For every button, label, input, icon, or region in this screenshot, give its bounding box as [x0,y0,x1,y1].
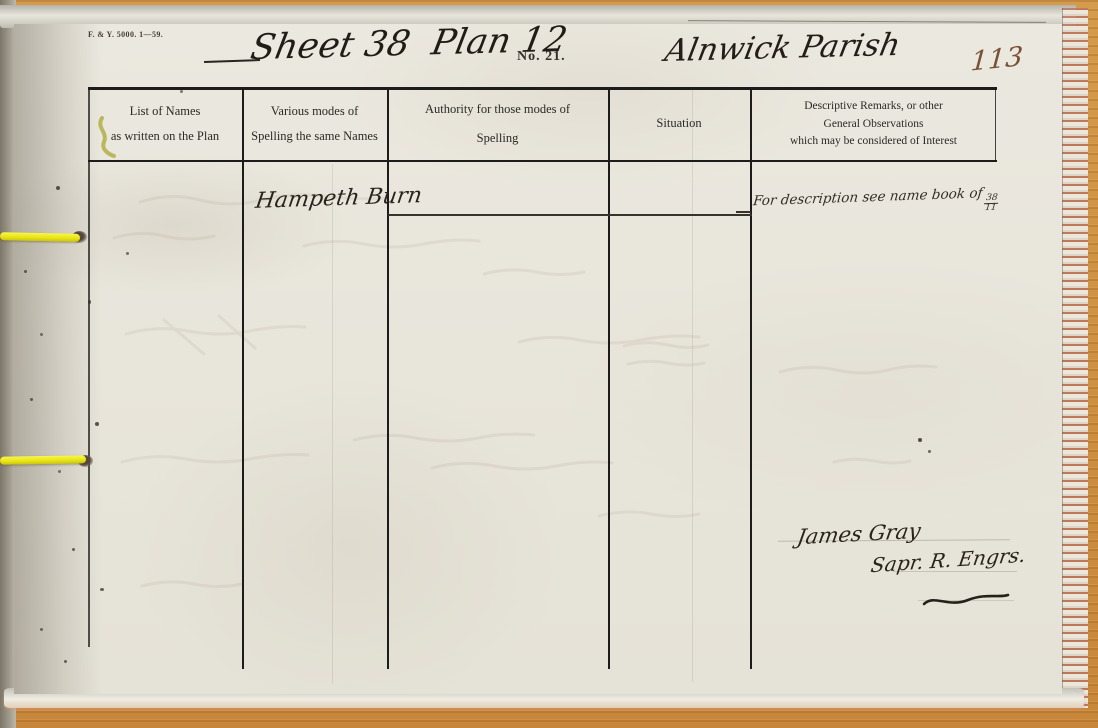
header-line: Spelling the same Names [251,130,378,144]
parish-name-handwriting: Alnwick Parish [662,27,903,69]
header-line: Authority for those modes of [425,103,570,117]
header-line: Situation [656,117,701,131]
page-number-handwriting: 113 [970,41,1024,77]
table-column-rule [387,87,389,669]
dirt-speck [100,588,104,591]
header-line: which may be considered of Interest [790,135,957,148]
column-header-situation: Situation [608,87,750,161]
form-number-label: No. 21. [517,49,566,65]
column-header-remarks: Descriptive Remarks, or other General Ob… [750,87,997,161]
binding-cord [0,232,80,242]
header-line: List of Names [130,105,201,119]
paper-crease [332,164,333,684]
remark-ink-dash [736,211,751,213]
dirt-speck [30,398,33,401]
table-column-rule [608,87,610,669]
column-header-spelling-modes: Various modes of Spelling the same Names [242,87,387,161]
signature-name-handwriting: James Gray [795,519,922,549]
dirt-speck [928,450,931,453]
dirt-speck [180,90,183,93]
dirt-speck [40,628,43,631]
table-column-rule [242,87,244,669]
document-page: F. & Y. 5000. 1—59. Sheet 38 Plan 12 No.… [14,24,1062,694]
dirt-speck [40,333,43,336]
fraction-denominator: 11 [984,204,996,214]
entry-ink-line [388,214,752,216]
dirt-speck [918,438,922,442]
photographed-name-book-page: F. & Y. 5000. 1—59. Sheet 38 Plan 12 No.… [0,0,1098,728]
remark-text: For description see name book of [752,185,983,209]
dirt-speck [64,660,67,663]
dirt-speck [58,470,61,473]
signature-flourish [920,590,1012,610]
binding-cord [0,455,86,464]
dirt-speck [56,186,60,190]
dirt-speck [95,422,99,426]
dirt-speck [72,548,75,551]
page-stack-fore-edge [1062,8,1088,708]
column-header-authority: Authority for those modes of Spelling [387,87,608,161]
header-line: Various modes of [271,105,359,119]
table-column-rule [750,87,752,669]
dirt-speck [88,300,91,304]
printer-stamp: F. & Y. 5000. 1—59. [88,30,163,39]
header-line: Spelling [477,132,519,146]
header-line: as written on the Plan [111,130,219,144]
paper-crease [692,90,693,682]
entry-name-handwriting: Hampeth Burn [254,183,424,214]
cord-fragment [94,116,120,158]
dirt-speck [126,252,129,255]
signature-rank-handwriting: Sapr. R. Engrs. [869,543,1027,578]
header-line: General Observations [824,118,924,131]
remark-handwriting: For description see name book of3811 [751,185,1000,222]
table-column-rule [88,87,90,647]
dirt-speck [24,270,27,273]
sheet-plan-fraction: 3811 [983,194,999,214]
header-line: Descriptive Remarks, or other [804,100,943,113]
